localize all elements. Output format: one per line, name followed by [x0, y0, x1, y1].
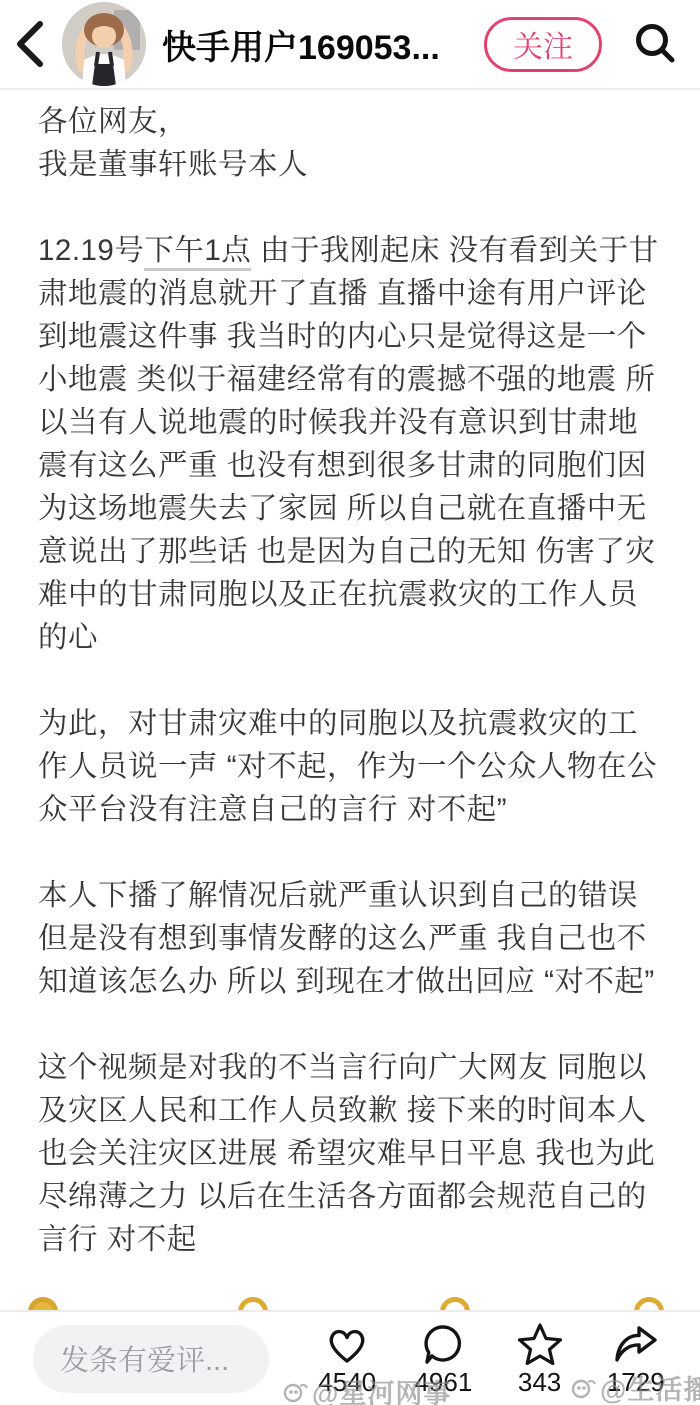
- paragraph-realization: 本人下播了解情况后就严重认识到自己的错误 但是没有想到事情发酵的这么严重 我自己…: [38, 874, 662, 1003]
- paragraph-greeting: 各位网友， 我是董事轩账号本人: [38, 100, 662, 186]
- star-icon: [517, 1320, 563, 1366]
- chevron-left-icon: [12, 18, 50, 70]
- post-text-body: 各位网友， 我是董事轩账号本人 12.19号下午1点 由于我刚起床 没有看到关于…: [0, 92, 700, 1310]
- share-button[interactable]: 1729: [596, 1320, 676, 1398]
- emoji-icon[interactable]: [634, 1297, 664, 1310]
- follow-button[interactable]: 关注: [484, 17, 602, 72]
- username-label[interactable]: 快手用户169053...: [162, 20, 484, 69]
- back-button[interactable]: [0, 0, 62, 89]
- date-prefix: 12.19号: [38, 234, 144, 267]
- emoji-icon[interactable]: [440, 1297, 470, 1310]
- search-icon: [632, 21, 678, 67]
- share-arrow-icon: [612, 1320, 660, 1366]
- star-button[interactable]: 343: [500, 1320, 580, 1398]
- greeting-line-2: 我是董事轩账号本人: [38, 148, 308, 181]
- comment-input[interactable]: 发条有爱评...: [33, 1325, 269, 1393]
- emoji-icon[interactable]: [28, 1297, 58, 1310]
- heart-icon: [325, 1320, 369, 1366]
- avatar[interactable]: [62, 2, 146, 86]
- paragraph-apology: 为此，对甘肃灾难中的同胞以及抗震救灾的工作人员说一声 “对不起，作为一个公众人物…: [38, 702, 662, 831]
- like-button[interactable]: 4540: [307, 1320, 387, 1398]
- share-count: 1729: [607, 1367, 665, 1398]
- time-underlined: 下午1点: [144, 234, 251, 271]
- emoji-quick-row: [0, 1295, 700, 1310]
- star-count: 343: [518, 1367, 561, 1398]
- bottom-action-bar: 发条有爱评... 4540 4961: [0, 1310, 700, 1405]
- search-button[interactable]: [628, 0, 682, 89]
- action-buttons: 4540 4961 343: [269, 1320, 700, 1398]
- greeting-line-1: 各位网友，: [38, 105, 188, 138]
- explanation-text: 由于我刚起床 没有看到关于甘肃地震的消息就开了直播 直播中途有用户评论到地震这件…: [38, 234, 659, 654]
- paragraph-commitment: 这个视频是对我的不当言行向广大网友 同胞以及灾区人民和工作人员致歉 接下来的时间…: [38, 1046, 662, 1261]
- comment-bubble-icon: [421, 1320, 465, 1366]
- comment-count: 4961: [414, 1367, 472, 1398]
- top-nav-bar: 快手用户169053... 关注: [0, 0, 700, 90]
- kuaishou-profile-post-screen: 快手用户169053... 关注 各位网友， 我是董事轩账号本人 12.19号下…: [0, 0, 700, 1405]
- emoji-icon[interactable]: [238, 1297, 268, 1310]
- like-count: 4540: [318, 1367, 376, 1398]
- comment-button[interactable]: 4961: [403, 1320, 483, 1398]
- avatar-image: [62, 2, 146, 86]
- paragraph-explanation: 12.19号下午1点 由于我刚起床 没有看到关于甘肃地震的消息就开了直播 直播中…: [38, 229, 662, 659]
